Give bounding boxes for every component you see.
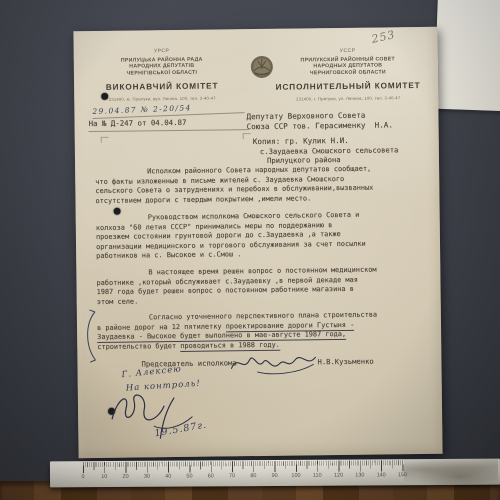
ruler-number: 110 xyxy=(307,472,328,478)
letterhead-country: УССР xyxy=(268,47,428,55)
document-page: 253 УРСР ПРИЛУЦЬКА РАЙОННА РАДА НАРОДНИХ… xyxy=(73,27,442,458)
ruler-number: 50 xyxy=(179,473,200,479)
ruler-number: 40 xyxy=(158,473,179,479)
recipient-line: Депутату Верховного Совета xyxy=(246,112,365,121)
ruler-numbers: 0 10 20 30 40 50 60 70 80 90 100 110 120… xyxy=(72,472,413,480)
body-text: в районе дорог на 12 пятилетку xyxy=(97,322,226,332)
handwritten-note: Г. Алексею xyxy=(121,364,182,380)
copy-recipient-line: Прилуцкого района xyxy=(267,156,341,165)
body-line: Заудаевка - Высокое будет выполнено в ма… xyxy=(97,330,346,341)
body-text: строительство будет xyxy=(97,342,180,351)
reference-number-line: На № Д-247 от 04.04.87 xyxy=(88,118,248,131)
ruler-worn-area xyxy=(404,459,498,486)
ruler-number: 70 xyxy=(221,473,242,479)
archive-page-number: 253 xyxy=(370,28,396,46)
ruler: 0 10 20 30 40 50 60 70 80 90 100 110 120… xyxy=(50,459,500,488)
ruler-number: 90 xyxy=(264,472,285,478)
corner-mark xyxy=(101,137,109,143)
letterhead-committee: ИСПОЛНИТЕЛЬНЫЙ КОМИТЕТ xyxy=(268,81,428,92)
chairman-signature xyxy=(227,349,319,376)
body-text: Согласно уточненного перспективного план… xyxy=(149,311,377,322)
signer-name: Н.В.Кузьменко xyxy=(317,358,373,367)
body-line: отсутствием дороги с твердым покрытием ,… xyxy=(95,194,311,205)
letterhead-country: УРСР xyxy=(80,47,244,55)
letterhead-committee: ВИКОНАВЧИЙ КОМІТЕТ xyxy=(80,81,244,92)
ruler-number: 0 xyxy=(72,474,93,480)
body-line: 1987 года будет решен вопрос о постоянно… xyxy=(97,285,354,296)
ruler-number: 120 xyxy=(328,472,349,478)
ruler-number: 100 xyxy=(285,472,306,478)
letterhead-org-line: ЧЕРНИГОВСКОЙ ОБЛАСТИ xyxy=(268,69,428,78)
body-line: работников на с. Высокое и с.Смош . xyxy=(96,250,241,260)
recipient-line: Союза ССР тов. Герасименку Н.А. xyxy=(247,121,393,131)
corner-mark xyxy=(243,133,251,139)
margin-bracket-mark xyxy=(81,309,100,363)
photo-background: 253 УРСР ПРИЛУЦЬКА РАЙОННА РАДА НАРОДНИХ… xyxy=(0,0,500,500)
ruler-number: 30 xyxy=(136,473,157,479)
ruler-number: 60 xyxy=(200,473,221,479)
ruler-number: 80 xyxy=(243,473,264,479)
body-line: этом селе. xyxy=(97,297,139,306)
body-line: организации медицинского и торгового обс… xyxy=(96,240,366,251)
background-sheet-corner xyxy=(434,0,500,111)
ruler-number: 20 xyxy=(115,473,136,479)
copy-recipient-line: Копия: гр. Кулик Н.И. xyxy=(253,137,349,146)
body-line: проезжем состоянии грунтовой дороги до с… xyxy=(96,230,341,241)
handwritten-outgoing-number: 29.04.87 № 2-20/54 xyxy=(92,101,244,119)
ruler-number: 10 xyxy=(94,473,115,479)
letterhead-russian: УССР ПРИЛУКСКИЙ РАЙОННЫЙ СОВЕТ НАРОДНЫХ … xyxy=(268,47,429,102)
letterhead-ukrainian: УРСР ПРИЛУЦЬКА РАЙОННА РАДА НАРОДНИХ ДЕП… xyxy=(80,47,245,102)
ruler-number: 130 xyxy=(349,472,370,478)
letterhead-org-line: ЧЕРНІГІВСЬКОЇ ОБЛАСТІ xyxy=(80,69,244,78)
letterhead-address: 231400, г. Прилуки, ул. Ленина, 100, тел… xyxy=(268,95,428,102)
ruler-number: 140 xyxy=(370,472,391,478)
